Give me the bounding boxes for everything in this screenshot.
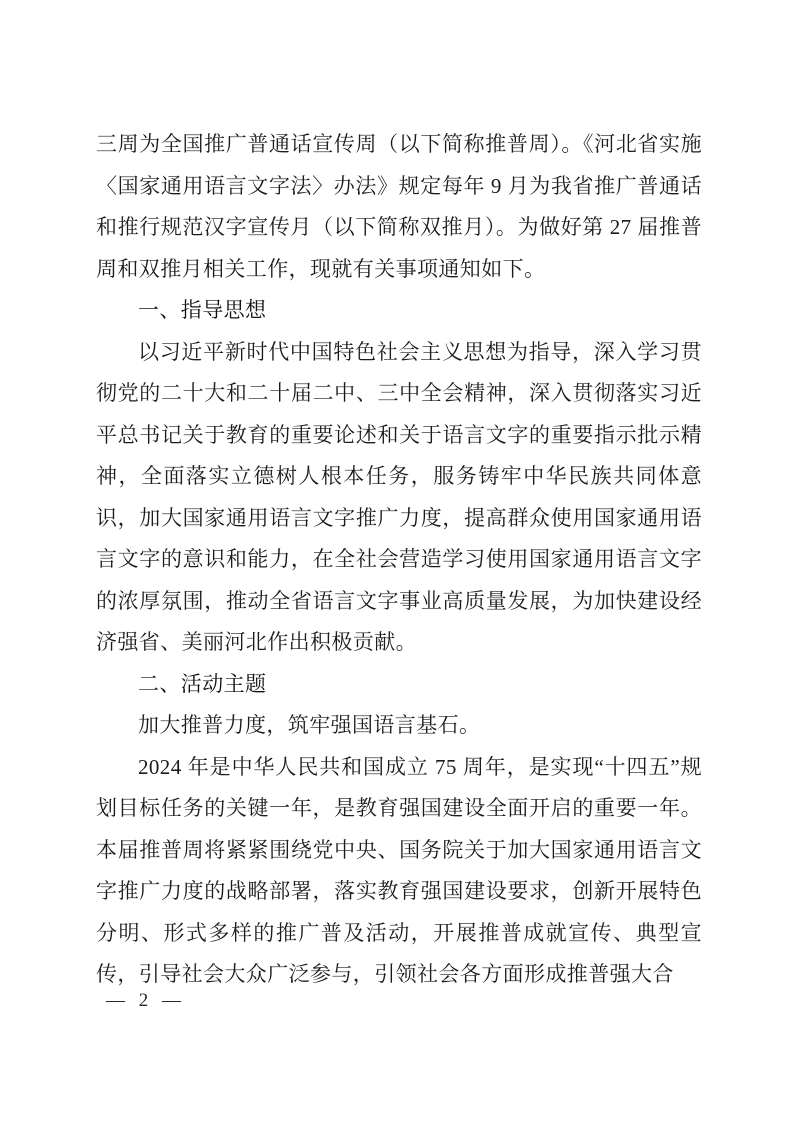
section-heading-activity-theme: 二、活动主题: [96, 664, 702, 706]
paragraph-guiding-ideology: 以习近平新时代中国特色社会主义思想为指导，深入学习贯彻党的二十大和二十届二中、三…: [96, 332, 702, 664]
document-page: 三周为全国推广普通话宣传周（以下简称推普周）。《河北省实施〈国家通用语言文字法〉…: [0, 0, 794, 1123]
page-number: — 2 —: [106, 989, 181, 1012]
paragraph-theme-slogan: 加大推普力度，筑牢强国语言基石。: [96, 705, 702, 747]
section-heading-guiding-ideology: 一、指导思想: [96, 290, 702, 332]
paragraph-continuation: 三周为全国推广普通话宣传周（以下简称推普周）。《河北省实施〈国家通用语言文字法〉…: [96, 124, 702, 290]
document-body: 三周为全国推广普通话宣传周（以下简称推普周）。《河北省实施〈国家通用语言文字法〉…: [96, 124, 702, 996]
paragraph-theme-detail: 2024 年是中华人民共和国成立 75 周年，是实现“十四五”规划目标任务的关键…: [96, 747, 702, 996]
